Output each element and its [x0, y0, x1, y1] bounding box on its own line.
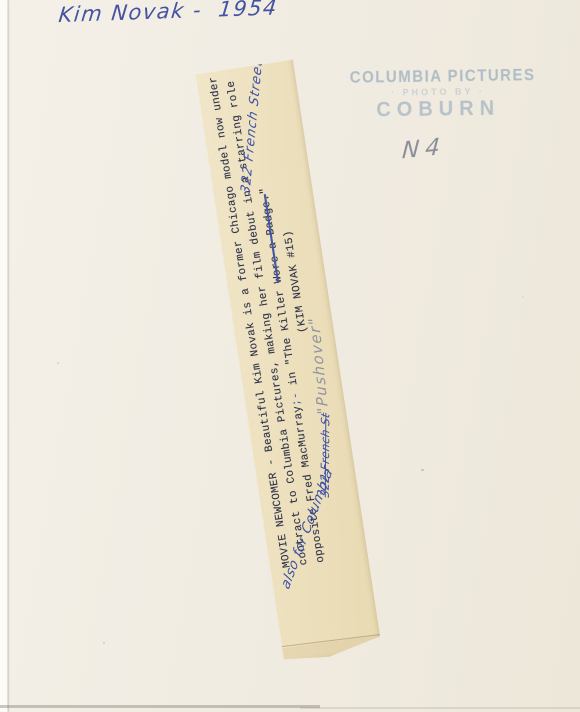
- dust-speck: [57, 362, 59, 364]
- photo-left-edge: [0, 0, 7, 712]
- handwritten-caption: Kim Novak - 1954: [57, 0, 279, 27]
- studio-stamp: COLUMBIA PICTURES · PHOTO BY · COBURN: [350, 67, 527, 122]
- dust-speck: [421, 469, 424, 471]
- press-snipe: MOVIE NEWCOMER - Beautiful Kim Novak is …: [195, 59, 382, 665]
- typed-caption: MOVIE NEWCOMER - Beautiful Kim Novak is …: [198, 64, 379, 661]
- dust-speck: [103, 642, 105, 644]
- photo-back: Kim Novak - 1954 COLUMBIA PICTURES · PHO…: [0, 0, 580, 712]
- dust-speck: [522, 296, 524, 298]
- blue-pen-tick: ;-: [290, 391, 304, 406]
- stamp-photographer-name: COBURN: [350, 96, 526, 123]
- pencil-title-note: "Pushover": [306, 317, 333, 415]
- archive-number: N4: [401, 134, 446, 165]
- photo-bottom-edge: [0, 705, 320, 708]
- photo-bottom-edge-faint: [300, 707, 580, 709]
- photo-left-crease: [8, 0, 9, 712]
- stamp-studio-name: COLUMBIA PICTURES: [350, 66, 526, 87]
